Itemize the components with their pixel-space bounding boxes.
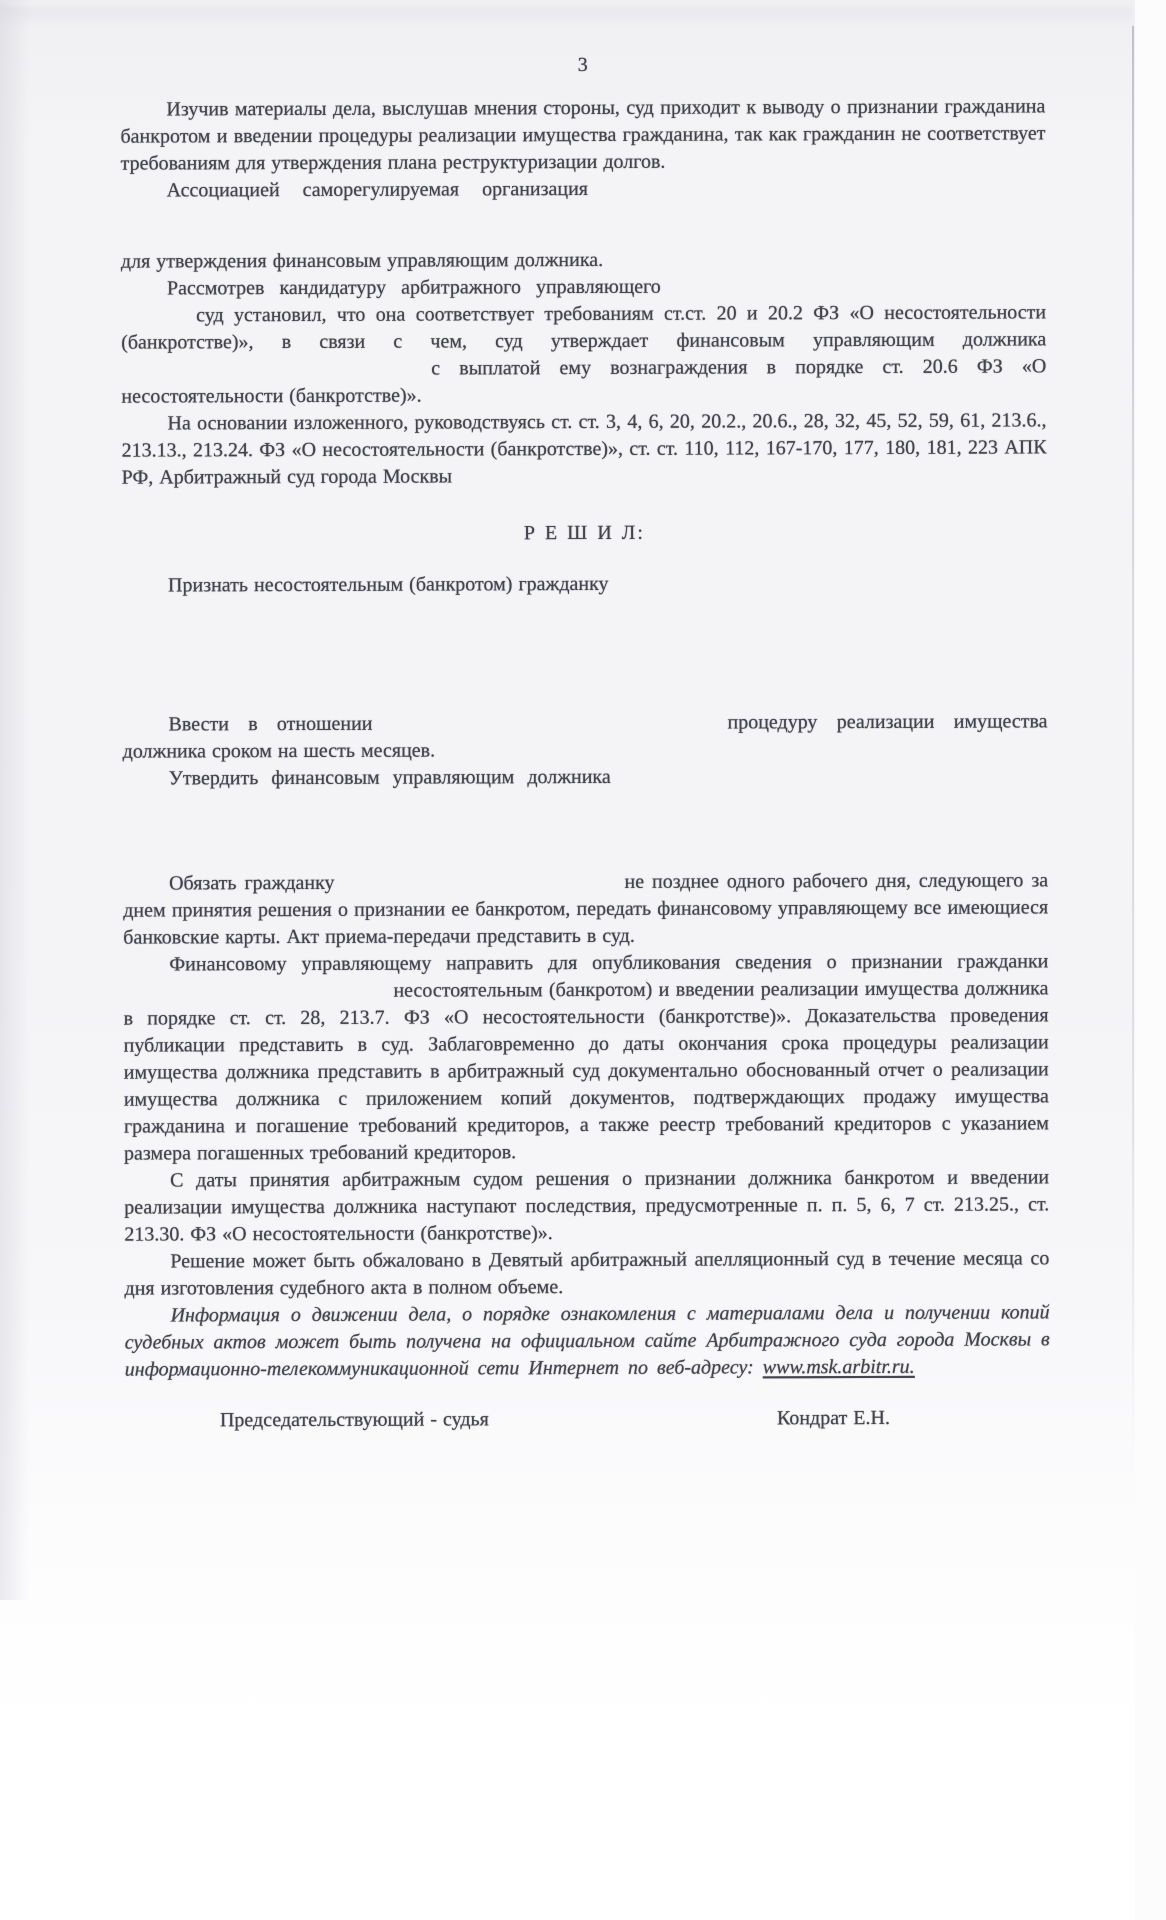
redaction-gap [121, 373, 431, 376]
paragraph-declare-bankrupt: Признать несостоятельным (банкротом) гра… [122, 569, 1047, 599]
resolution-heading: Р Е Ш И Л: [122, 518, 1047, 548]
text-run: Финансовому управляющему направить для о… [169, 950, 1048, 975]
paragraph-sro: Ассоциацией саморегулируемая организация [121, 174, 1046, 204]
text-run: Ассоциацией саморегулируемая организация [167, 178, 588, 201]
paragraph-publication-and-report: Финансовому управляющему направить для о… [123, 948, 1049, 1167]
paragraph-appeal: Решение может быть обжаловано в Девятый … [124, 1245, 1049, 1302]
redaction-gap [372, 727, 727, 730]
scanned-page: 3Изучив материалы дела, выслушав мнения … [0, 0, 1166, 1920]
text-run: 3 [578, 54, 588, 76]
paragraph-sro-continued: для утверждения финансовым управляющим д… [121, 245, 1046, 275]
text-run: Решение может быть обжаловано в Девятый … [124, 1247, 1049, 1299]
paragraph-candidate: Рассмотрев кандидатуру арбитражного упра… [121, 272, 1046, 302]
text-run: суд установил, что она соответствует тре… [121, 301, 1046, 353]
page-number: 3 [120, 50, 1045, 80]
signature-row: Председательствующий - судья Кондрат Е.Н… [125, 1404, 1050, 1434]
text-run: с выплатой ему вознаграждения в порядке … [121, 355, 1046, 407]
judge-name: Кондрат Е.Н. [777, 1405, 890, 1432]
redaction-gap [123, 995, 393, 998]
paragraph-introduce-procedure: Ввести в отношениипроцедуру реализации и… [122, 708, 1047, 765]
judge-title: Председательствующий - судья [220, 1406, 489, 1434]
text-run: С даты принятия арбитражным судом решени… [124, 1166, 1049, 1245]
paragraph-findings: Изучив материалы дела, выслушав мнения с… [120, 93, 1045, 177]
text-run: для утверждения финансовым управляющим д… [121, 249, 603, 273]
text-run: Признать несостоятельным (банкротом) гра… [168, 573, 609, 597]
document-text: 3Изучив материалы дела, выслушав мнения … [0, 0, 1166, 1435]
paragraph-legal-basis: На основании изложенного, руководствуясь… [121, 407, 1046, 491]
text-run: Изучив материалы дела, выслушав мнения с… [120, 95, 1045, 174]
text-run: Обязать гражданку [169, 872, 335, 895]
redaction-gap [121, 319, 196, 321]
paragraph-oblige-citizen: Обязать гражданкуне позднее одного рабоч… [123, 867, 1048, 951]
paragraph-case-info: Информация о движении дела, о порядке оз… [125, 1299, 1050, 1383]
text-run: Ввести в отношении [168, 713, 372, 736]
text-run: несостоятельным (банкротом) и введении р… [124, 977, 1049, 1164]
url-text: www.msk.arbitr.ru. [763, 1356, 915, 1379]
text-run: Рассмотрев кандидатуру арбитражного упра… [167, 276, 661, 300]
text-run: Утвердить финансовым управляющим должник… [169, 766, 611, 790]
redaction-gap [335, 886, 625, 889]
text-run: Р Е Ш И Л: [524, 522, 645, 544]
text-run: На основании изложенного, руководствуясь… [122, 409, 1047, 488]
paragraph-consequences: С даты принятия арбитражным судом решени… [124, 1164, 1049, 1248]
paragraph-manager-approval: суд установил, что она соответствует тре… [121, 299, 1046, 410]
paragraph-appoint-manager: Утвердить финансовым управляющим должник… [123, 762, 1048, 792]
